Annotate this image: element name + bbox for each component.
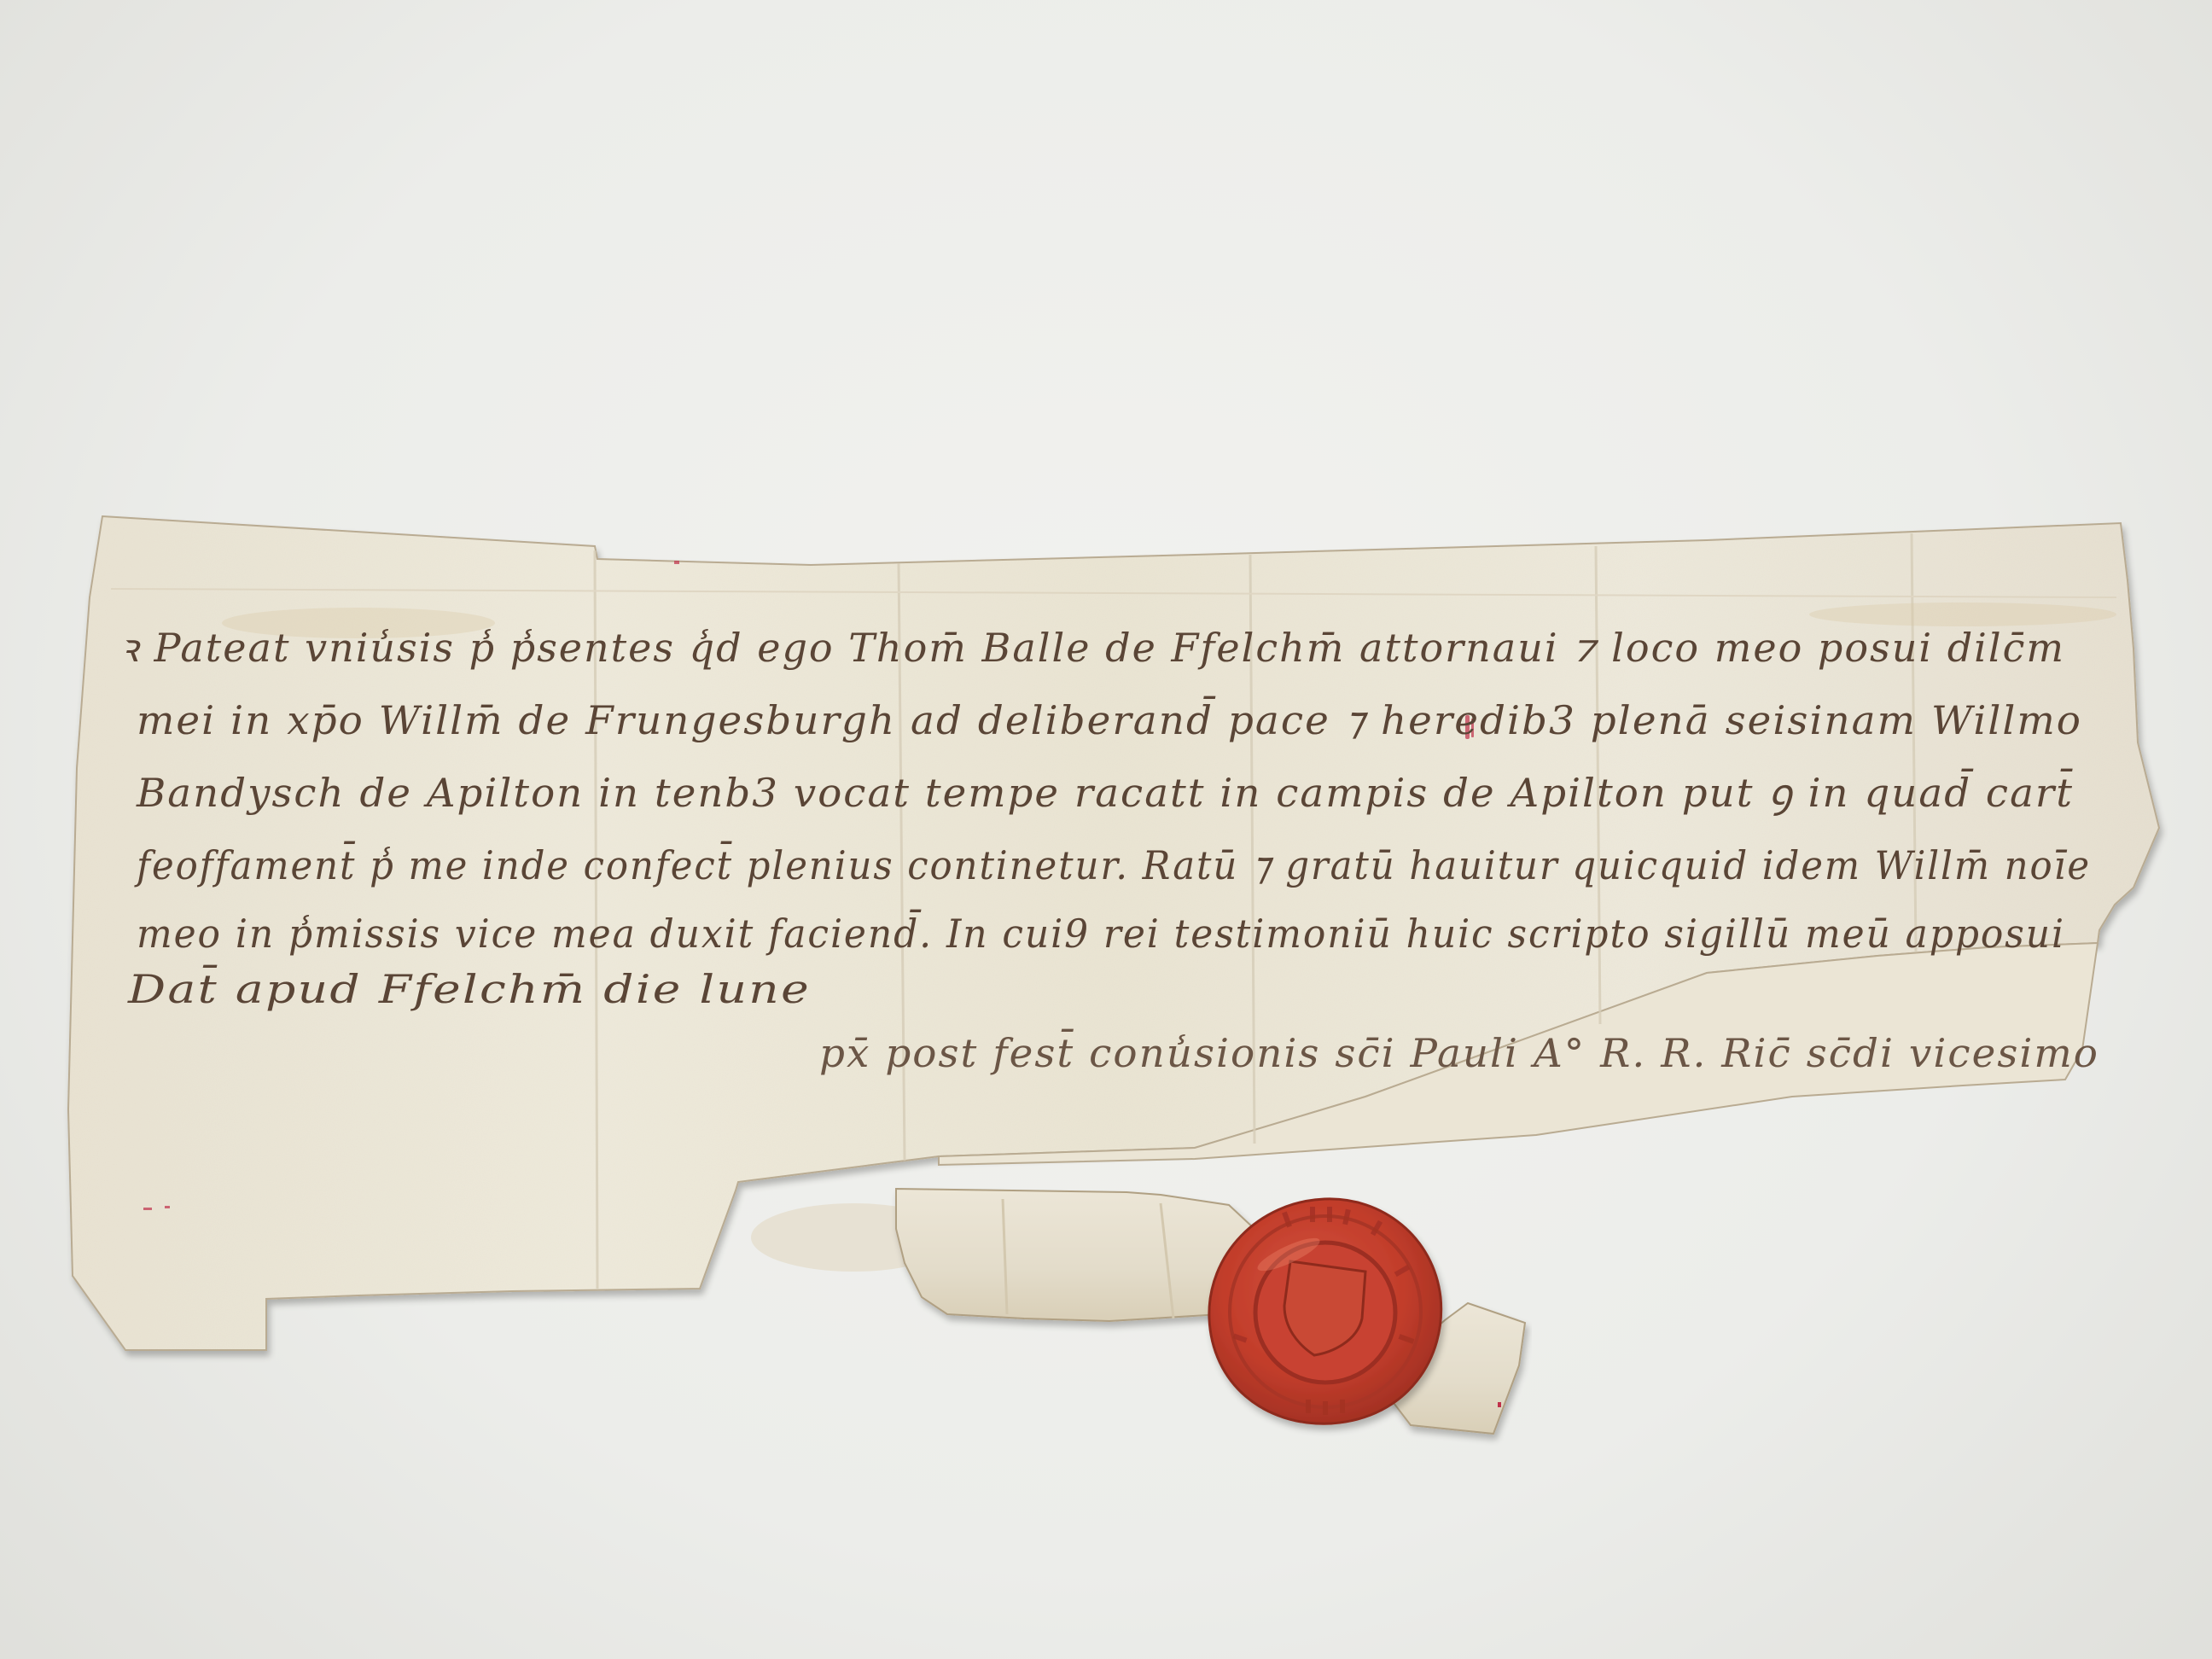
text-line-1: ꝛ Pateat vniu̾sis p̾ p̾sentes q̾d ego Th… [119,625,2065,671]
red-mark-tag [1498,1402,1501,1407]
text-line-3: Bandysch de Apilton in tenb3 vocat tempe… [136,767,2074,817]
text-line-5: meo in p̾missis vice mea duxit faciend̄.… [137,908,2065,957]
seal-tag-left [896,1189,1254,1321]
text-line-4: feoffament̄ p̾ me inde confect̄ plenius … [134,840,2091,888]
text-line-7: px̄ post fest̄ conu̾sionis sc̄i Pauli A°… [819,1027,2099,1076]
charter-photograph: ꝛ Pateat vniu̾sis p̾ p̾sentes q̾d ego Th… [0,0,2212,1659]
text-line-6: Dat̄ apud Ffelchm̄ die lune [127,963,811,1012]
text-line-2: mei in xp̄o Willm̄ de Frungesburgh ad de… [137,695,2082,743]
wax-seal [1209,1199,1441,1423]
